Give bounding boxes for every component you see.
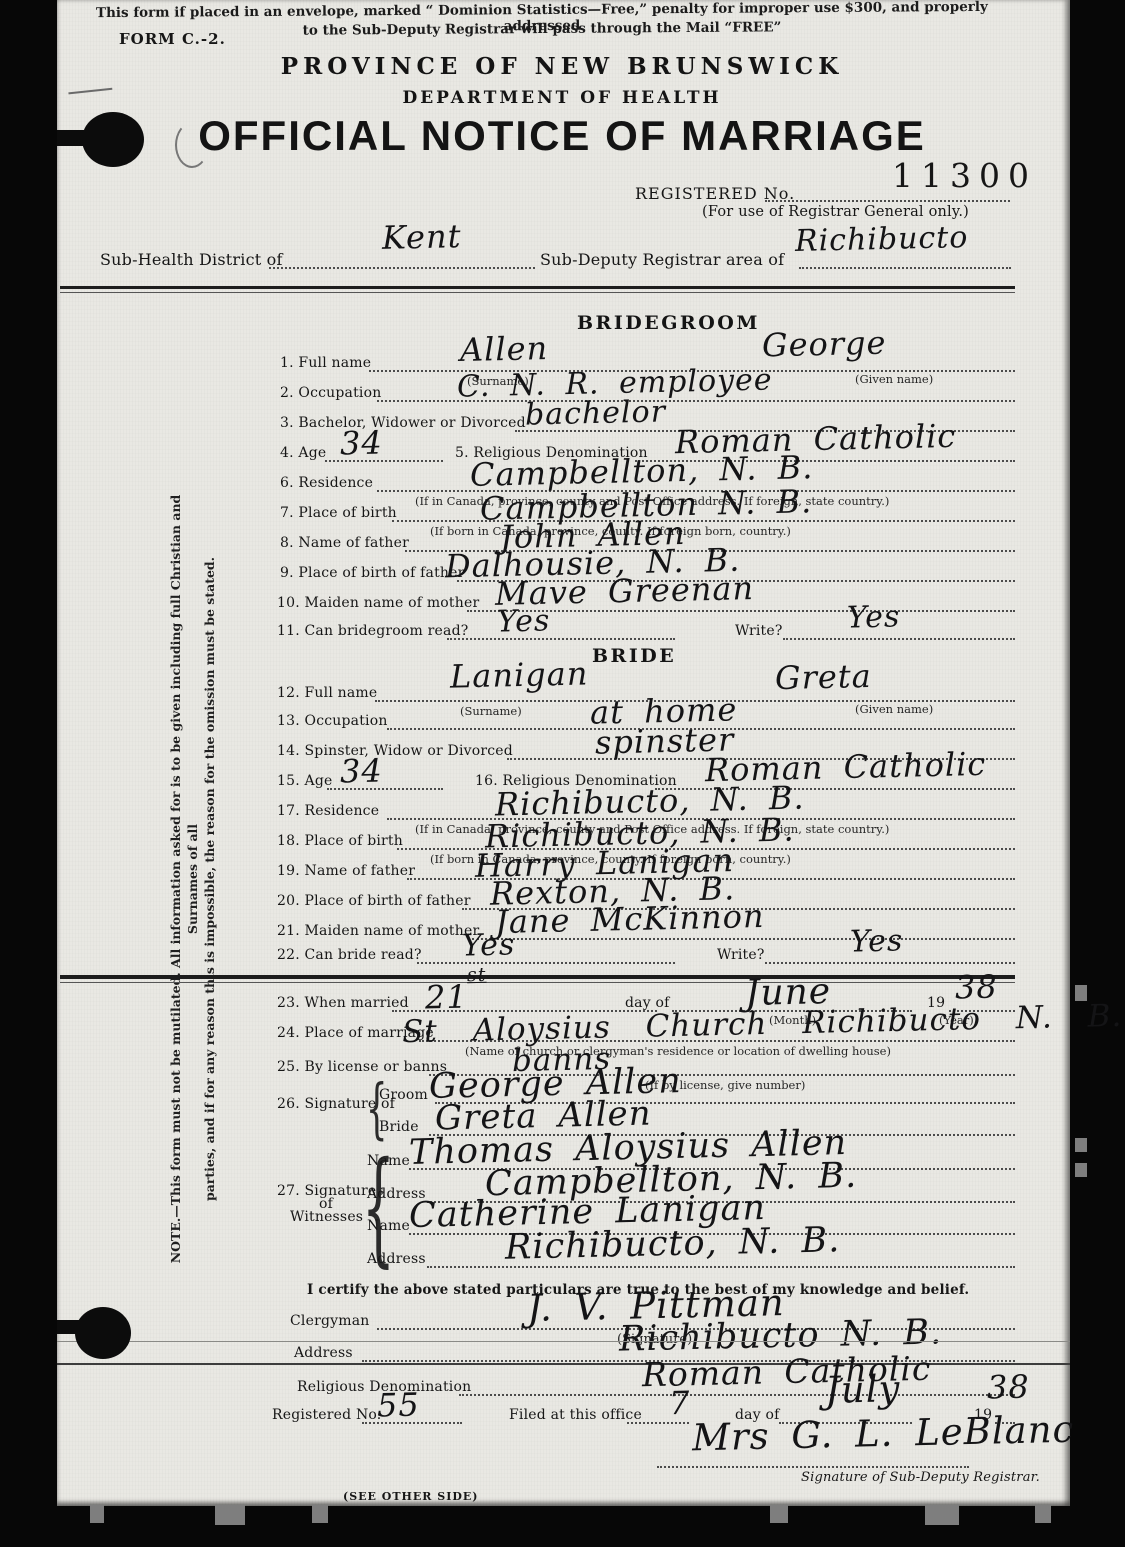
witness2-address-label: Address	[367, 1251, 426, 1267]
registrar-signature-line	[657, 1466, 969, 1468]
bg-father-label: 8. Name of father	[280, 535, 409, 551]
br-full-name-label: 12. Full name	[277, 685, 377, 701]
witness2-name-label: Name	[367, 1218, 410, 1234]
form-code: FORM C.-2.	[119, 30, 226, 48]
br-birthplace-label: 18. Place of birth	[277, 833, 403, 849]
bride-heading: BRIDE	[592, 645, 676, 667]
side-note-line2: parties, and if for any reason this is i…	[201, 482, 218, 1276]
br-mother-value: Jane McKinnon	[495, 897, 765, 941]
bg-age-value: 34	[340, 424, 384, 463]
pencil-mark	[175, 122, 209, 168]
scanned-document: This form if placed in an envelope, mark…	[0, 0, 1125, 1547]
bg-read-label: 11. Can bridegroom read?	[277, 623, 468, 639]
br-father-birthplace-label: 20. Place of birth of father	[277, 893, 471, 909]
bg-full-name-label: 1. Full name	[280, 355, 371, 371]
br-read-value: Yes	[462, 927, 516, 963]
br-status-label: 14. Spinster, Widow or Divorced	[277, 743, 513, 759]
place-of-marriage-value: St Aloysius Church Richibucto N. B.	[402, 998, 1123, 1050]
br-write-label: Write?	[717, 947, 765, 963]
area-line	[799, 267, 1011, 269]
department-heading: DEPARTMENT OF HEALTH	[57, 88, 1067, 108]
bg-given-name-value: George	[762, 324, 887, 365]
br-age-label: 15. Age	[277, 773, 332, 789]
form-paper: This form if placed in an envelope, mark…	[57, 0, 1070, 1506]
area-value: Richibucto	[795, 220, 969, 259]
br-read-label: 22. Can bride read?	[277, 947, 422, 963]
side-note-line1: NOTE.—This form must not be mutilated. A…	[167, 482, 201, 1276]
field-line	[417, 962, 675, 964]
scan-artifact	[90, 1505, 104, 1523]
bg-birthplace-label: 7. Place of birth	[280, 505, 397, 521]
bg-mother-label: 10. Maiden name of mother	[277, 595, 479, 611]
scan-artifact	[770, 1505, 788, 1523]
province-heading: PROVINCE OF NEW BRUNSWICK	[57, 53, 1067, 80]
br-given-name-hint: (Given name)	[855, 702, 933, 716]
filed-month-value: July	[825, 1367, 901, 1412]
bg-given-name-hint: (Given name)	[855, 372, 933, 386]
scan-artifact	[1035, 1505, 1051, 1523]
divider	[60, 286, 1015, 289]
br-surname-hint: (Surname)	[460, 704, 522, 718]
page-title: OFFICIAL NOTICE OF MARRIAGE	[57, 112, 1067, 160]
area-label: Sub-Deputy Registrar area of	[540, 250, 784, 269]
when-day-value: 21	[425, 978, 469, 1017]
witnesses-label-3: Witnesses	[290, 1209, 363, 1225]
filed-year-value: 38	[987, 1368, 1031, 1407]
side-note: NOTE.—This form must not be mutilated. A…	[167, 482, 218, 1276]
br-age-value: 34	[340, 752, 384, 791]
registrar-signature: Mrs G. L. LeBlanc	[692, 1408, 1075, 1460]
witness2-address: Richibucto, N. B.	[505, 1220, 841, 1268]
bg-father-birthplace-label: 9. Place of birth of father	[280, 565, 465, 581]
br-residence-label: 17. Residence	[277, 803, 379, 819]
field-line	[765, 962, 1015, 964]
field-line	[459, 1394, 1015, 1396]
hole-punch-bottom-tail	[57, 1320, 83, 1334]
bg-status-label: 3. Bachelor, Widower or Divorced	[280, 415, 526, 431]
bg-write-label: Write?	[735, 623, 783, 639]
filed-label: Filed at this office	[509, 1407, 642, 1423]
br-mother-label: 21. Maiden name of mother	[277, 923, 479, 939]
bg-write-value: Yes	[847, 599, 901, 635]
registrar-general-note: (For use of Registrar General only.)	[702, 204, 969, 220]
scan-artifact	[312, 1505, 328, 1523]
hole-punch-bottom	[75, 1307, 131, 1359]
bg-occupation-label: 2. Occupation	[280, 385, 381, 401]
clergyman-label: Clergyman	[290, 1313, 369, 1329]
clergyman-address-label: Address	[294, 1345, 353, 1361]
field-line	[447, 638, 675, 640]
field-line	[783, 638, 1015, 640]
br-given-name-value: Greta	[775, 657, 873, 697]
registrar-signature-label: Signature of Sub-Deputy Registrar.	[801, 1470, 1040, 1485]
when-day-suffix: st	[467, 964, 487, 986]
hole-punch-top-tail	[57, 130, 89, 146]
registered-no-line	[765, 200, 1010, 202]
bg-residence-label: 6. Residence	[280, 475, 373, 491]
license-label: 25. By license or banns	[277, 1059, 447, 1075]
bg-age-label: 4. Age	[280, 445, 326, 461]
scan-artifact	[1075, 1163, 1087, 1177]
bridegroom-heading: BRIDEGROOM	[577, 312, 760, 334]
br-occupation-label: 13. Occupation	[277, 713, 388, 729]
filing-registered-no-value: 55	[377, 1386, 421, 1425]
scan-artifact	[1075, 985, 1087, 1001]
br-surname-value: Lanigan	[450, 654, 589, 695]
bg-status-value: bachelor	[525, 394, 667, 432]
field-line	[627, 1422, 689, 1424]
district-line	[269, 267, 535, 269]
when-married-label: 23. When married	[277, 995, 409, 1011]
divider	[60, 975, 1015, 979]
br-father-label: 19. Name of father	[277, 863, 415, 879]
filing-registered-no-label: Registered No.	[272, 1407, 381, 1423]
scan-artifact	[215, 1505, 245, 1525]
district-value: Kent	[382, 217, 462, 257]
scan-artifact	[925, 1505, 959, 1525]
hole-punch-top	[82, 112, 144, 167]
br-write-value: Yes	[850, 923, 904, 959]
divider	[60, 982, 1015, 983]
bg-read-value: Yes	[497, 603, 551, 639]
scan-artifact	[1075, 1138, 1087, 1152]
divider	[60, 292, 1015, 293]
filed-day-value: 7	[669, 1384, 691, 1422]
scan-artifact-line	[57, 1341, 1070, 1342]
groom-label: Groom	[379, 1087, 428, 1103]
witness1-name-label: Name	[367, 1153, 410, 1169]
see-other-side: (SEE OTHER SIDE)	[343, 1490, 478, 1503]
registered-no-value: 11300	[892, 156, 1037, 195]
bg-surname-value: Allen	[460, 329, 549, 369]
district-label: Sub-Health District of	[100, 250, 283, 269]
